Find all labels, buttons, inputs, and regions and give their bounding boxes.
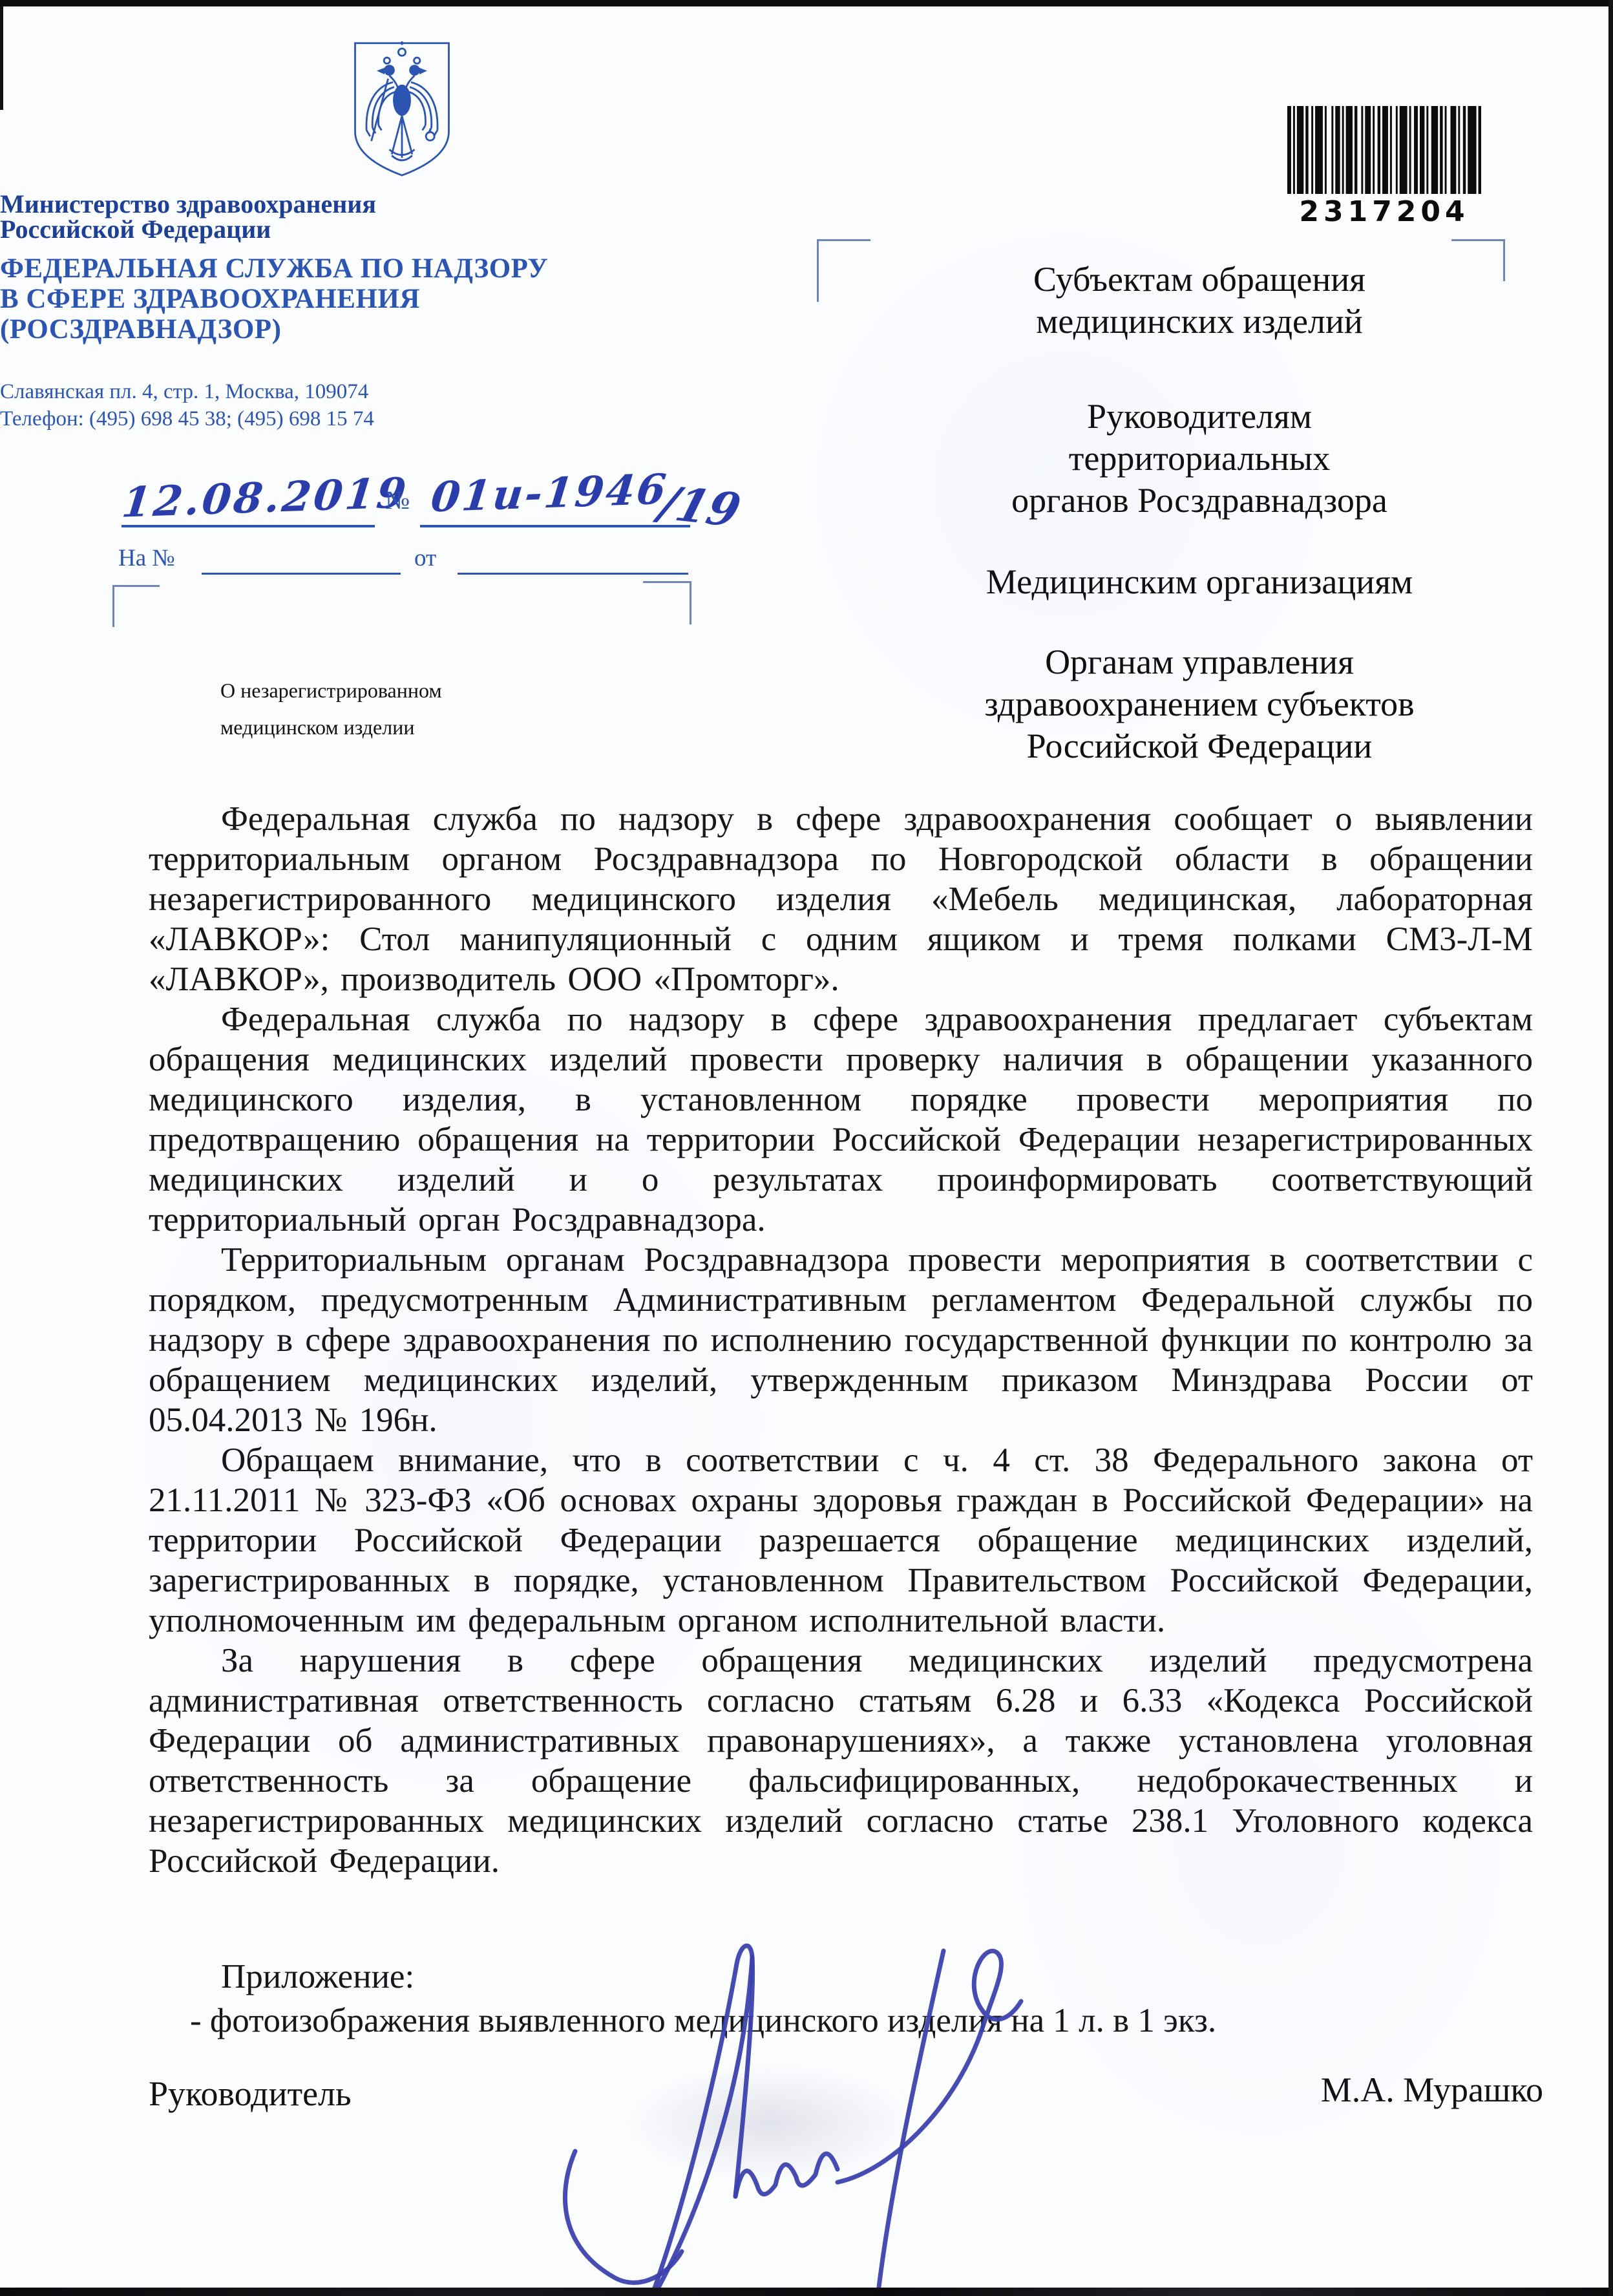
ministry-line2: Российской Федерации — [0, 217, 595, 242]
recipient-group: Субъектам обращения медицинских изделий — [903, 259, 1495, 343]
body-paragraph: Территориальным органам Росздравнадзора … — [149, 1240, 1533, 1440]
recipient-group: Медицинским организациям — [903, 561, 1495, 603]
letter-body: Федеральная служба по надзору в сфере зд… — [149, 799, 1533, 1881]
agency-name: ФЕДЕРАЛЬНАЯ СЛУЖБА ПО НАДЗОРУ В СФЕРЕ ЗД… — [0, 253, 595, 345]
barcode-number: 2317204 — [1287, 195, 1481, 228]
reply-date-underline — [458, 573, 688, 575]
recipient-line: территориальных — [903, 438, 1495, 480]
outgoing-date-handwritten: 12.08.2019 — [120, 469, 411, 527]
agency-line3: (РОСЗДРАВНАДЗОР) — [0, 314, 595, 345]
scan-edge-artifact — [0, 6, 3, 110]
agency-phone: Телефон: (495) 698 45 38; (495) 698 15 7… — [0, 407, 595, 431]
reply-to-number-label: На № — [118, 544, 175, 572]
registration-barcode: 2317204 — [1287, 106, 1481, 228]
reply-number-underline — [202, 573, 401, 575]
number-underline — [420, 525, 690, 527]
recipient-line: здравоохранением субъектов — [903, 683, 1495, 725]
recipients-block: Субъектам обращения медицинских изделий … — [903, 259, 1495, 767]
corner-mark — [817, 239, 870, 302]
agency-line1: ФЕДЕРАЛЬНАЯ СЛУЖБА ПО НАДЗОРУ — [0, 253, 595, 284]
corner-mark — [643, 581, 691, 624]
ministry-name: Министерство здравоохранения Российской … — [0, 191, 595, 242]
agency-line2: В СФЕРЕ ЗДРАВООХРАНЕНИЯ — [0, 284, 595, 314]
body-paragraph: Федеральная служба по надзору в сфере зд… — [149, 999, 1533, 1240]
recipient-line: Руководителям — [903, 396, 1495, 438]
scan-edge-artifact — [1608, 0, 1613, 2296]
barcode-bars — [1287, 106, 1481, 194]
recipient-group: Органам управления здравоохранением субъ… — [903, 641, 1495, 767]
outgoing-number-suffix-handwritten: /19 — [654, 476, 746, 537]
ministry-line1: Министерство здравоохранения — [0, 191, 595, 217]
recipient-line: Органам управления — [903, 641, 1495, 683]
scan-edge-artifact — [0, 2288, 1613, 2296]
subject-line1: О незарегистрированном — [220, 672, 442, 709]
body-paragraph: За нарушения в сфере обращения медицинск… — [149, 1641, 1533, 1881]
recipient-group: Руководителям территориальных органов Ро… — [903, 396, 1495, 522]
number-sign: № — [385, 485, 410, 515]
corner-mark — [112, 585, 160, 627]
recipient-line: медицинских изделий — [903, 301, 1495, 343]
reply-from-label: от — [414, 544, 436, 572]
scan-edge-artifact — [0, 0, 1613, 6]
agency-address: Славянская пл. 4, стр. 1, Москва, 109074 — [0, 380, 595, 404]
scanned-letter-page: Министерство здравоохранения Российской … — [0, 0, 1613, 2296]
recipient-line: органов Росздравнадзора — [903, 480, 1495, 522]
russia-coat-of-arms-icon — [351, 40, 453, 178]
subject-line: О незарегистрированном медицинском издел… — [220, 672, 442, 746]
recipient-line: Российской Федерации — [903, 725, 1495, 767]
body-paragraph: Федеральная служба по надзору в сфере зд… — [149, 799, 1533, 999]
date-underline — [121, 525, 375, 527]
handwritten-signature — [530, 1925, 1034, 2295]
recipient-line: Субъектам обращения — [903, 259, 1495, 301]
signer-name: М.А. Мурашко — [1321, 2070, 1543, 2110]
outgoing-number-handwritten: 01и-1946 — [428, 465, 670, 522]
signer-position: Руководитель — [149, 2074, 352, 2114]
subject-line2: медицинском изделии — [220, 709, 442, 746]
body-paragraph: Обращаем внимание, что в соответствии с … — [149, 1440, 1533, 1641]
recipient-line: Медицинским организациям — [903, 561, 1495, 603]
